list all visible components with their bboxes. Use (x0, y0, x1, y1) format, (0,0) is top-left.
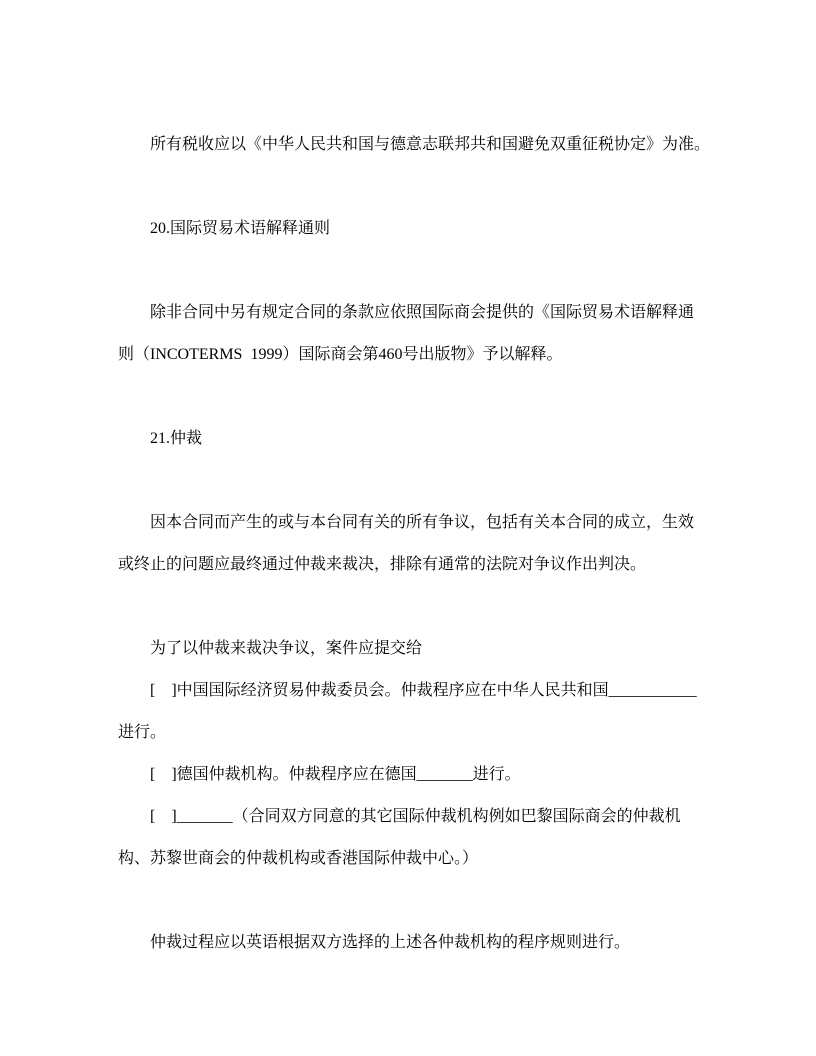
section-21-heading: 21.仲裁 (118, 418, 700, 460)
arbitration-scope-line-1: 因本合同而产生的或与本台同有关的所有争议，包括有关本合同的成立，生效 (118, 502, 700, 544)
option-germany-checkbox-line: [ ]德国仲裁机构。仲裁程序应在德国_______进行。 (118, 754, 700, 796)
option-cietac-line-2: 进行。 (118, 712, 700, 754)
blank-line (118, 250, 700, 292)
option-other-line-2: 构、苏黎世商会的仲裁机构或香港国际仲裁中心。） (118, 838, 700, 880)
blank-line (118, 166, 700, 208)
blank-line (118, 376, 700, 418)
document-body: 所有税收应以《中华人民共和国与德意志联邦共和国避免双重征税协定》为准。 20.国… (118, 124, 700, 964)
tax-clause-line: 所有税收应以《中华人民共和国与德意志联邦共和国避免双重征税协定》为准。 (118, 124, 700, 166)
option-other-checkbox-line-1: [ ]_______（合同双方同意的其它国际仲裁机构例如巴黎国际商会的仲裁机 (118, 796, 700, 838)
arbitration-scope-line-2: 或终止的问题应最终通过仲裁来裁决，排除有通常的法院对争议作出判决。 (118, 544, 700, 586)
blank-line (118, 460, 700, 502)
submit-to-line: 为了以仲裁来裁决争议，案件应提交给 (118, 628, 700, 670)
blank-line (118, 586, 700, 628)
document-page: 所有税收应以《中华人民共和国与德意志联邦共和国避免双重征税协定》为准。 20.国… (0, 0, 816, 1056)
option-cietac-checkbox-line-1: [ ]中国国际经济贸易仲裁委员会。仲裁程序应在中华人民共和国__________… (118, 670, 700, 712)
section-20-heading: 20.国际贸易术语解释通则 (118, 208, 700, 250)
blank-line (118, 880, 700, 922)
incoterms-paragraph-line-2: 则（INCOTERMS 1999）国际商会第460号出版物》予以解释。 (118, 334, 700, 376)
incoterms-paragraph-line-1: 除非合同中另有规定合同的条款应依照国际商会提供的《国际贸易术语解释通 (118, 292, 700, 334)
procedure-language-line: 仲裁过程应以英语根据双方选择的上述各仲裁机构的程序规则进行。 (118, 922, 700, 964)
